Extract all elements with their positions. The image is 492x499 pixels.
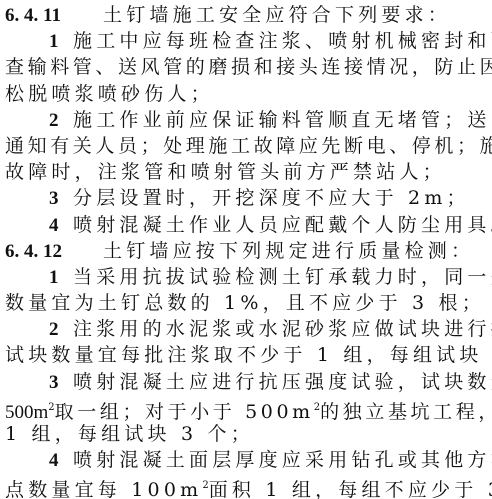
clause-text-line: 试块数量宜每批注浆取不少于 1 组，每组试块 6 个；: [5, 342, 487, 368]
clause-text-line: 故障时，注浆管和喷射管头前方严禁站人；: [5, 159, 487, 185]
text-run: 面积 1 组，每组不应少于 3 点。: [209, 479, 492, 499]
item-text: 喷射混凝土作业人员应配戴个人防尘用具。: [73, 214, 492, 236]
item-number: 1: [49, 29, 73, 55]
item-number: 3: [49, 370, 73, 396]
item-text: 注浆用的水泥浆或水泥砂浆应做试块进行抗压强度试验，: [73, 318, 492, 340]
clause-text-line: 500m2取一组；对于小于 500m2的独立基坑工程，取样不应少于: [5, 395, 487, 421]
clause-item-line: 3分层设置时，开挖深度不应大于 2m；: [5, 185, 487, 211]
clause-text-line: 松脱喷浆喷砂伤人；: [5, 81, 487, 107]
clause-text-line: 数量宜为土钉总数的 1%，且不应少于 3 根；: [5, 290, 487, 316]
item-text: 分层设置时，开挖深度不应大于 2m；: [73, 187, 470, 209]
section-heading-6-4-11: 6. 4. 11土钉墙施工安全应符合下列要求：: [5, 2, 487, 28]
clause-text-line: 点数量宜每 100m2面积 1 组，每组不应少于 3 点。: [5, 473, 487, 499]
section-heading-6-4-12: 6. 4. 12土钉墙应按下列规定进行质量检测：: [5, 238, 487, 264]
section-number: 6. 4. 11: [5, 3, 103, 29]
item-text: 施工中应每班检查注浆、喷射机械密封和耐压情况，检: [73, 30, 492, 52]
item-number: 2: [49, 317, 73, 343]
text-run: 取一组；对于小于 500m: [55, 401, 314, 423]
item-number: 3: [49, 186, 73, 212]
item-number: 4: [49, 448, 73, 474]
section-title: 土钉墙施工安全应符合下列要求：: [103, 4, 451, 26]
item-number: 2: [49, 108, 73, 134]
item-text: 喷射混凝土面层厚度应采用钻孔或其他方法检测，检测: [73, 449, 492, 471]
clause-item-line: 3喷射混凝土应进行抗压强度试验，试块数量宜每喷射: [5, 369, 487, 395]
clause-item-line: 4喷射混凝土面层厚度应采用钻孔或其他方法检测，检测: [5, 447, 487, 473]
clause-item-line: 1施工中应每班检查注浆、喷射机械密封和耐压情况，检: [5, 28, 487, 54]
text-run: 的独立基坑工程，取样不应少于: [320, 401, 492, 423]
section-title: 土钉墙应按下列规定进行质量检测：: [103, 240, 474, 262]
item-number: 4: [49, 213, 73, 239]
item-text: 施工作业前应保证输料管顺直无堵管；送电、送风前应: [73, 109, 492, 131]
document-page: 6. 4. 11土钉墙施工安全应符合下列要求： 1施工中应每班检查注浆、喷射机械…: [5, 2, 487, 499]
area-value: 500m: [5, 402, 48, 423]
text-run: 点数量宜每 100m: [5, 479, 202, 499]
item-text: 当采用抗拔试验检测土钉承载力时，同一条件下，试验: [73, 266, 492, 288]
section-number: 6. 4. 12: [5, 239, 103, 265]
item-text: 喷射混凝土应进行抗压强度试验，试块数量宜每喷射: [73, 371, 492, 393]
clause-item-line: 2施工作业前应保证输料管顺直无堵管；送电、送风前应: [5, 107, 487, 133]
item-number: 1: [49, 265, 73, 291]
clause-item-line: 1当采用抗拔试验检测土钉承载力时，同一条件下，试验: [5, 264, 487, 290]
clause-text-line: 1 组，每组试块 3 个；: [5, 421, 487, 447]
clause-item-line: 4喷射混凝土作业人员应配戴个人防尘用具。: [5, 212, 487, 238]
clause-text-line: 通知有关人员；处理施工故障应先断电、停机；施工中以及处理: [5, 133, 487, 159]
clause-text-line: 查输料管、送风管的磨损和接头连接情况，防止因输料管爆裂、: [5, 54, 487, 80]
clause-item-line: 2注浆用的水泥浆或水泥砂浆应做试块进行抗压强度试验，: [5, 316, 487, 342]
